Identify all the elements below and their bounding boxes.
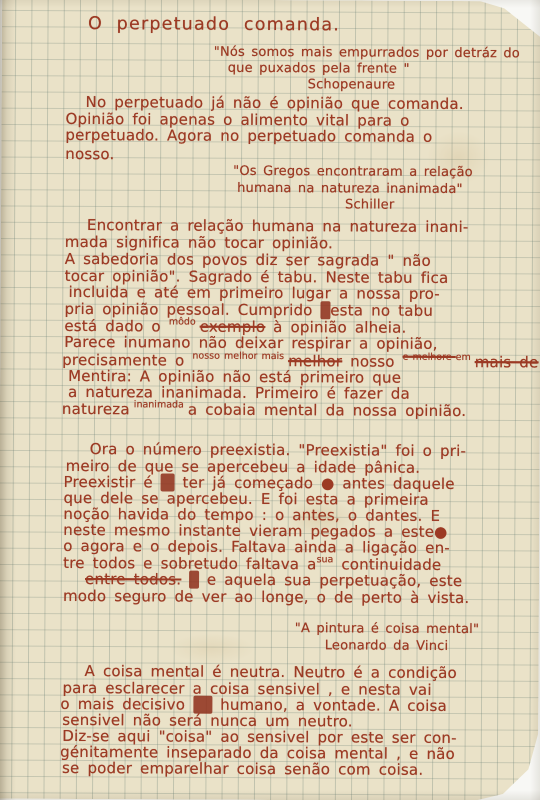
quote-davinci-attribution: Leonardo da Vinci	[325, 638, 449, 654]
quote-schopenhauer-line-1: "Nós somos mais empurrados por detráz do	[214, 45, 520, 62]
quote-schiller-line-2: humana na natureza inanimada"	[237, 181, 463, 197]
handwritten-line: natureza inanimada a cobaia mental da no…	[62, 399, 466, 420]
handwritten-line: nosso.	[65, 145, 114, 163]
handwriting-correction: môdo	[169, 316, 200, 327]
handwritten-line: modo seguro de ver ao longe, o de perto …	[63, 587, 470, 607]
handwriting-text: Schiller	[345, 197, 394, 212]
handwriting-text: "Os Gregos encontraram a relação	[233, 164, 473, 180]
handwriting-text: "A pintura é coisa mental"	[295, 621, 479, 637]
quote-schiller-attribution: Schiller	[345, 197, 394, 212]
handwriting-text: "Nós somos mais empurrados por detráz do	[214, 45, 520, 62]
handwriting-text: a cobaia mental da nossa opinião.	[188, 401, 466, 420]
quote-schiller-line-1: "Os Gregos encontraram a relação	[233, 164, 473, 180]
handwriting-text: perpetuado. Agora no perpetuado comanda …	[65, 126, 432, 146]
handwriting-text: nosso.	[65, 145, 114, 163]
handwriting-correction: em	[456, 352, 475, 363]
handwriting-correction: entre todos.	[85, 570, 181, 589]
handwriting-text: se poder emparelhar coisa senão com cois…	[62, 759, 423, 779]
handwriting-text: O perpetuado comanda.	[88, 14, 340, 35]
graph-paper: O perpetuado comanda."Nós somos mais emp…	[0, 0, 540, 800]
handwriting-text: que puxados pela frente "	[228, 61, 410, 77]
title-line: O perpetuado comanda.	[88, 14, 340, 35]
handwriting-correction: sua	[317, 554, 334, 565]
quote-schopenhauer-line-2: que puxados pela frente "	[228, 61, 410, 77]
handwriting-text: Leonardo da Vinci	[325, 638, 449, 654]
quote-davinci-line-1: "A pintura é coisa mental"	[295, 621, 479, 637]
handwritten-line: se poder emparelhar coisa senão com cois…	[62, 759, 423, 779]
handwritten-line: perpetuado. Agora no perpetuado comanda …	[65, 126, 432, 146]
handwriting-correction: e melhore	[403, 352, 456, 363]
handwriting-text: natureza	[62, 400, 130, 418]
handwriting-text: humana na natureza inanimada"	[237, 181, 463, 197]
handwriting-correction: inanimada	[130, 399, 188, 410]
handwriting-correction: E	[189, 571, 199, 589]
handwriting-text: Schopenaure	[308, 77, 396, 92]
handwriting-text: modo seguro de ver ao longe, o de perto …	[63, 587, 470, 607]
manuscript: O perpetuado comanda."Nós somos mais emp…	[0, 0, 540, 800]
scanned-manuscript-page: O perpetuado comanda."Nós somos mais emp…	[0, 0, 540, 800]
handwriting-correction: nosso melhor mais	[192, 351, 288, 363]
handwriting-correction: mais de	[475, 353, 539, 371]
quote-schopenhauer-attribution: Schopenaure	[308, 77, 396, 92]
